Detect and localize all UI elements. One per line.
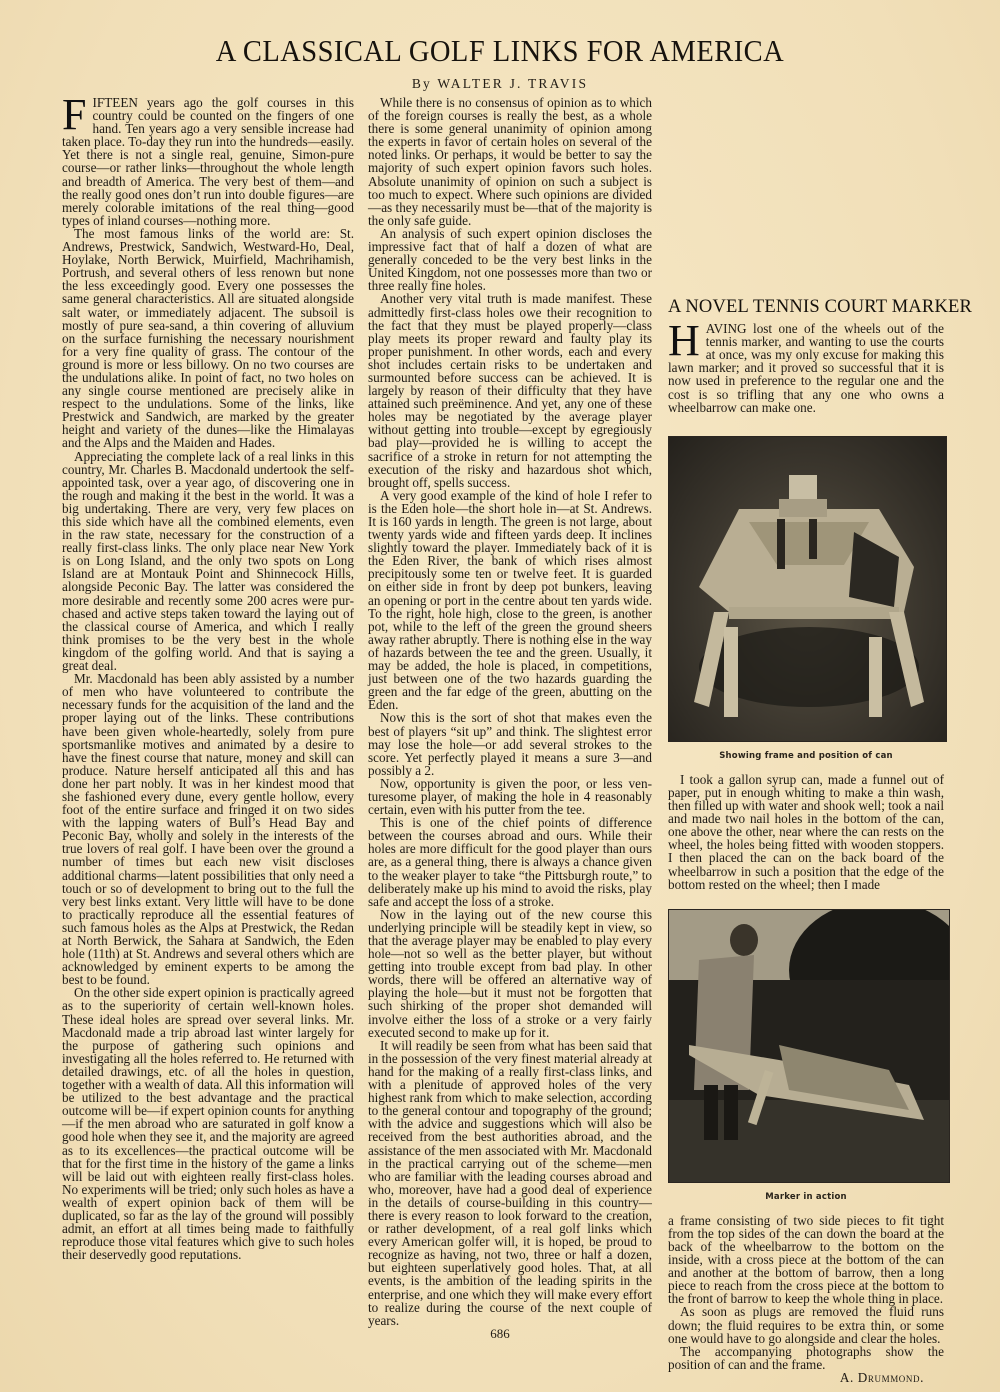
article-byline: By WALTER J. TRAVIS <box>0 76 1000 92</box>
boy-with-wheelbarrow-photo-icon <box>669 910 949 1182</box>
sidebar-article-heading: A NOVEL TENNIS COURT MARKER <box>668 301 944 314</box>
magazine-page: A CLASSICAL GOLF LINKS FOR AMERICA By WA… <box>0 0 1000 1392</box>
text-column-2: While there is no consensus of opinion a… <box>368 96 652 1327</box>
photo-marker-in-action <box>668 909 950 1183</box>
wheelbarrow-frame-photo-icon <box>669 437 946 741</box>
article-paragraph: On the other side expert opinion is prac… <box>62 986 354 1261</box>
article-paragraph: The most famous links of the world are: … <box>62 227 354 450</box>
article-paragraph: Now in the laying out of the new course … <box>368 908 652 1039</box>
author-signature: A. Drummond. <box>668 1371 944 1384</box>
article-paragraph: A very good example of the kind of hole … <box>368 489 652 712</box>
column-continuation-space <box>668 96 944 281</box>
article-paragraph: Now, opportunity is given the poor, or l… <box>368 777 652 816</box>
text-column-1: FIFTEEN years ago the golf courses in th… <box>62 96 354 1261</box>
article-paragraph: Now this is the sort of shot that makes … <box>368 711 652 776</box>
article-paragraph: While there is no consensus of opinion a… <box>368 96 652 227</box>
sidebar-paragraph: I took a gallon syrup can, made a funnel… <box>668 773 944 891</box>
article-paragraph: This is one of the chief points of diffe… <box>368 816 652 908</box>
photo-caption: Marker in action <box>668 1191 944 1204</box>
article-paragraph: Another very vital truth is made manifes… <box>368 292 652 488</box>
article-paragraph: Mr. Macdonald has been ably assisted by … <box>62 672 354 986</box>
photo-caption: Showing frame and position of can <box>668 750 944 763</box>
photo-frame-and-can <box>668 436 947 742</box>
page-number: 686 <box>0 1326 1000 1342</box>
sidebar-paragraph: a frame consisting of two side pieces to… <box>668 1214 944 1306</box>
drop-cap: H <box>668 324 700 358</box>
sidebar-paragraph: The accompanying photographs show the po… <box>668 1345 944 1371</box>
drop-cap: F <box>62 98 86 132</box>
article-paragraph: An analysis of such expert opinion discl… <box>368 227 652 292</box>
text-column-3: A NOVEL TENNIS COURT MARKER HAVING lost … <box>668 96 944 1384</box>
article-paragraph: FIFTEEN years ago the golf courses in th… <box>62 96 354 227</box>
sidebar-paragraph: HAVING lost one of the wheels out of the… <box>668 322 944 414</box>
article-paragraph: It will readily be seen from what has be… <box>368 1039 652 1327</box>
article-title: A CLASSICAL GOLF LINKS FOR AMERICA <box>40 33 960 69</box>
article-paragraph: Appreciating the complete lack of a real… <box>62 450 354 673</box>
